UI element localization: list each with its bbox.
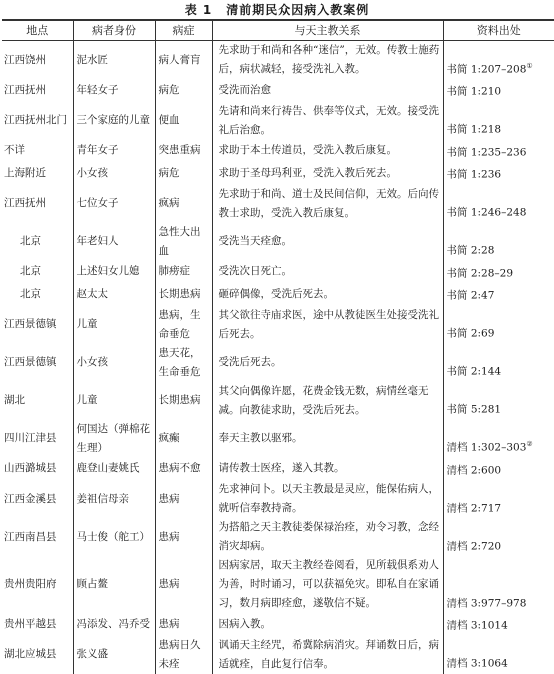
cell-illness-text: 患病不愈 [159, 462, 201, 474]
cell-source-text: 清档 3:1064 [447, 658, 508, 670]
cell-source: 书简 5:281 [443, 382, 554, 420]
cell-location-text: 不详 [4, 144, 25, 156]
cell-location: 四川江津县 [2, 420, 73, 458]
cell-location-text: 上海附近 [4, 167, 46, 179]
cell-relation-text: 因病家居，取天主教经卷阅看，见所载俱系劝人为善，时时诵习，可以获福免灾。即私自在… [219, 559, 440, 609]
cell-patient-text: 鹿登山妻姚氏 [77, 462, 140, 474]
cell-relation-text: 受洗后死去。 [219, 356, 282, 368]
cell-illness: 患病 [155, 518, 212, 556]
cell-illness: 长期患病 [155, 283, 212, 306]
cell-illness: 患病不愈 [155, 458, 212, 481]
cell-location-text: 江西抚州 [4, 197, 46, 209]
cell-location: 江西景德镇 [2, 344, 73, 382]
header-source: 资料出处 [443, 20, 554, 41]
table-row: 北京年老妇人急性大出血受洗当天痊愈。书简 2:28 [2, 223, 554, 261]
table-row: 江西饶州泥水匠病人膏肓先求助于和尚和各种“迷信”，无效。传教士施药后，病状减轻，… [2, 41, 554, 80]
cell-relation-text: 受洗而治愈 [219, 84, 272, 96]
cell-location: 江西南昌县 [2, 518, 73, 556]
cell-location: 湖北 [2, 382, 73, 420]
cell-patient: 上述妇女儿媳 [73, 261, 155, 284]
cell-relation-text: 先求助于和尚、道士及民间信仰，无效。后向传教士求助，受洗入教后康复。 [219, 188, 440, 219]
cell-patient-text: 青年女子 [77, 144, 119, 156]
cell-source: 清档 1:302–303② [443, 420, 554, 458]
cell-relation: 先求神问卜。以天主教最是灵应，能保佑病人，就听信奉教持斋。 [212, 480, 443, 518]
cell-source-text: 书简 2:144 [447, 366, 502, 378]
cell-source-text: 书简 1:246–248 [447, 207, 527, 219]
cell-source: 清档 2:600 [443, 458, 554, 481]
cell-illness-text: 疯病 [159, 197, 180, 209]
cell-relation: 先求助于和尚和各种“迷信”，无效。传教士施药后，病状减轻，接受洗礼入教。 [212, 41, 443, 80]
cell-patient: 冯添发、冯乔受 [73, 613, 155, 636]
cell-patient: 顾占鳌 [73, 556, 155, 613]
cell-relation-text: 求助于本土传道员，受洗入教后康复。 [219, 144, 398, 156]
cell-illness: 疯癫 [155, 420, 212, 458]
cell-source: 清档 2:720 [443, 518, 554, 556]
cell-relation-text: 因病入教。 [219, 618, 272, 630]
cell-source: 书简 2:69 [443, 306, 554, 344]
cell-source-text: 书简 1:210 [447, 86, 502, 98]
cell-relation: 先求助于和尚、道士及民间信仰，无效。后向传教士求助，受洗入教后康复。 [212, 185, 443, 223]
cell-relation-text: 其父欲往寺庙求医，途中从教徒医生处接受洗礼后死去。 [219, 309, 440, 340]
cell-relation: 受洗当天痊愈。 [212, 223, 443, 261]
cell-patient-text: 赵太太 [77, 288, 109, 300]
cell-source-text: 书简 2:69 [447, 328, 495, 340]
cell-source-text: 清档 3:977–978 [447, 597, 527, 609]
cell-relation: 其父欲往寺庙求医，途中从教徒医生处接受洗礼后死去。 [212, 306, 443, 344]
cell-illness-text: 病危 [159, 84, 180, 96]
cell-location: 江西抚州 [2, 185, 73, 223]
cell-illness-text: 病人膏肓 [159, 54, 201, 66]
cell-patient-text: 泥水匠 [77, 54, 109, 66]
cell-source-text: 书简 1:218 [447, 124, 502, 136]
header-relation: 与天主教关系 [212, 20, 443, 41]
cell-location: 江西抚州 [2, 79, 73, 102]
cell-relation-text: 求助于圣母玛利亚，受洗入教后死去。 [219, 167, 398, 179]
cell-patient: 儿童 [73, 306, 155, 344]
cell-illness-text: 急性大出血 [159, 226, 201, 257]
cell-relation-text: 受洗次日死亡。 [219, 265, 293, 277]
cell-source: 书简 1:235–236 [443, 140, 554, 163]
header-illness: 病症 [155, 20, 212, 41]
table-row: 江西抚州七位女子疯病先求助于和尚、道士及民间信仰，无效。后向传教士求助，受洗入教… [2, 185, 554, 223]
cell-illness: 长期患病 [155, 382, 212, 420]
cell-source-text: 清档 2:600 [447, 464, 502, 476]
cell-relation-text: 为搭船之天主教徒娄保禄治痊，劝令习教，念经消灾却病。 [219, 521, 440, 552]
cell-source-text: 书简 2:28–29 [447, 267, 514, 279]
cell-illness-text: 突患重病 [159, 144, 201, 156]
cell-location-text: 江西饶州 [4, 54, 46, 66]
cell-relation: 为搭船之天主教徒娄保禄治痊，劝令习教，念经消灾却病。 [212, 518, 443, 556]
cell-relation: 受洗后死去。 [212, 344, 443, 382]
footnote-marker: ② [526, 440, 532, 448]
cell-location-text: 北京 [20, 235, 41, 247]
table-body: 江西饶州泥水匠病人膏肓先求助于和尚和各种“迷信”，无效。传教士施药后，病状减轻，… [2, 41, 554, 674]
cell-patient-text: 马士俊（舵工） [77, 531, 151, 543]
cell-relation-text: 奉天主教以驱邪。 [219, 432, 303, 444]
cell-illness-text: 患天花，生命垂危 [159, 347, 201, 378]
cell-source: 清档 3:977–978 [443, 556, 554, 613]
cell-patient: 七位女子 [73, 185, 155, 223]
cell-illness: 病危 [155, 79, 212, 102]
cell-location-text: 湖北 [4, 394, 25, 406]
cell-location: 不详 [2, 140, 73, 163]
cell-location: 江西景德镇 [2, 306, 73, 344]
cell-illness: 患天花，生命垂危 [155, 344, 212, 382]
cell-patient-text: 儿童 [77, 394, 98, 406]
cell-relation: 受洗而治愈 [212, 79, 443, 102]
cell-illness-text: 肺痨症 [159, 265, 191, 277]
cell-location-text: 四川江津县 [4, 432, 57, 444]
cell-source: 书简 2:47 [443, 283, 554, 306]
cell-location: 江西饶州 [2, 41, 73, 80]
table-row: 湖北儿童长期患病其父向偶像许愿，花费金钱无数，病情丝毫无减。向教徒求助，受洗后死… [2, 382, 554, 420]
cell-relation-text: 请传教士医痊，遂入其教。 [219, 462, 345, 474]
cell-illness-text: 便血 [159, 114, 180, 126]
cell-illness-text: 患病 [159, 578, 180, 590]
cell-source: 书简 2:28–29 [443, 261, 554, 284]
table-row: 江西金溪县姜祖信母亲患病先求神问卜。以天主教最是灵应，能保佑病人，就听信奉教持斋… [2, 480, 554, 518]
cell-patient: 年轻女子 [73, 79, 155, 102]
table-row: 贵州平越县冯添发、冯乔受患病因病入教。清档 3:1014 [2, 613, 554, 636]
cell-patient: 赵太太 [73, 283, 155, 306]
cell-source: 清档 3:1014 [443, 613, 554, 636]
cell-patient: 鹿登山妻姚氏 [73, 458, 155, 481]
cell-illness: 病人膏肓 [155, 41, 212, 80]
cell-patient: 姜祖信母亲 [73, 480, 155, 518]
cell-patient: 年老妇人 [73, 223, 155, 261]
cell-source: 书简 1:210 [443, 79, 554, 102]
cell-location-text: 江西景德镇 [4, 356, 57, 368]
cases-table: 地点 病者身份 病症 与天主教关系 资料出处 江西饶州泥水匠病人膏肓先求助于和尚… [2, 19, 554, 674]
cell-patient: 张义盛 [73, 636, 155, 674]
cell-location-text: 山西潞城县 [4, 462, 57, 474]
cell-relation: 求助于圣母玛利亚，受洗入教后死去。 [212, 162, 443, 185]
table-caption: 表 1清前期民众因病入教案例 [0, 1, 554, 18]
cell-illness: 疯病 [155, 185, 212, 223]
cell-relation-text: 讽诵天主经咒，希冀除病消灾。拜诵数日后，病适就痊，自此复行信奉。 [219, 639, 440, 670]
cell-source: 书简 2:144 [443, 344, 554, 382]
cell-patient-text: 冯添发、冯乔受 [77, 618, 151, 630]
cell-source: 清档 2:717 [443, 480, 554, 518]
cell-illness-text: 患病 [159, 493, 180, 505]
cell-patient: 三个家庭的儿童 [73, 102, 155, 140]
cell-location-text: 江西南昌县 [4, 531, 57, 543]
table-title: 清前期民众因病入教案例 [226, 3, 369, 17]
table-row: 不详青年女子突患重病求助于本土传道员，受洗入教后康复。书简 1:235–236 [2, 140, 554, 163]
cell-location: 贵州平越县 [2, 613, 73, 636]
cell-illness: 便血 [155, 102, 212, 140]
cell-illness: 患病，生命垂危 [155, 306, 212, 344]
cell-location: 江西金溪县 [2, 480, 73, 518]
cell-source-text: 书简 1:207–208 [447, 63, 527, 75]
cell-patient: 青年女子 [73, 140, 155, 163]
cell-relation: 受洗次日死亡。 [212, 261, 443, 284]
table-row: 江西景德镇小女孩患天花，生命垂危受洗后死去。书简 2:144 [2, 344, 554, 382]
cell-patient: 何国达（弹棉花生理） [73, 420, 155, 458]
table-row: 上海附近小女孩病危求助于圣母玛利亚，受洗入教后死去。书简 1:236 [2, 162, 554, 185]
cell-location: 贵州贵阳府 [2, 556, 73, 613]
table-row: 湖北应城县张义盛患病日久未痊讽诵天主经咒，希冀除病消灾。拜诵数日后，病适就痊，自… [2, 636, 554, 674]
cell-location: 北京 [2, 261, 73, 284]
cell-illness-text: 长期患病 [159, 288, 201, 300]
cell-patient: 小女孩 [73, 344, 155, 382]
cell-relation: 求助于本土传道员，受洗入教后康复。 [212, 140, 443, 163]
cell-source-text: 清档 2:720 [447, 540, 502, 552]
cell-relation: 其父向偶像许愿，花费金钱无数，病情丝毫无减。向教徒求助，受洗后死去。 [212, 382, 443, 420]
cell-relation-text: 先请和尚来行祷告、供奉等仪式，无效。接受洗礼后治愈。 [219, 105, 440, 136]
cell-location: 江西抚州北门 [2, 102, 73, 140]
cell-source-text: 清档 2:717 [447, 502, 502, 514]
cell-patient: 儿童 [73, 382, 155, 420]
table-row: 江西南昌县马士俊（舵工）患病为搭船之天主教徒娄保禄治痊，劝令习教，念经消灾却病。… [2, 518, 554, 556]
cell-relation: 因病入教。 [212, 613, 443, 636]
cell-location-text: 北京 [20, 288, 41, 300]
cell-illness: 患病 [155, 613, 212, 636]
cell-patient-text: 三个家庭的儿童 [77, 114, 151, 126]
cell-illness-text: 长期患病 [159, 394, 201, 406]
cell-relation-text: 砸碎偶像，受洗后死去。 [219, 288, 335, 300]
cell-illness: 突患重病 [155, 140, 212, 163]
cell-location-text: 江西金溪县 [4, 493, 57, 505]
table-row: 江西抚州年轻女子病危受洗而治愈书简 1:210 [2, 79, 554, 102]
cell-patient-text: 何国达（弹棉花生理） [77, 423, 151, 454]
cell-illness: 患病 [155, 556, 212, 613]
cell-illness: 急性大出血 [155, 223, 212, 261]
cell-source: 书简 1:246–248 [443, 185, 554, 223]
header-patient: 病者身份 [73, 20, 155, 41]
cell-location: 上海附近 [2, 162, 73, 185]
table-row: 四川江津县何国达（弹棉花生理）疯癫奉天主教以驱邪。清档 1:302–303② [2, 420, 554, 458]
cell-patient-text: 七位女子 [77, 197, 119, 209]
cell-relation: 先请和尚来行祷告、供奉等仪式，无效。接受洗礼后治愈。 [212, 102, 443, 140]
cell-source-text: 清档 3:1014 [447, 620, 508, 632]
cell-patient-text: 张义盛 [77, 648, 109, 660]
cell-patient-text: 年老妇人 [77, 235, 119, 247]
cell-relation-text: 先求神问卜。以天主教最是灵应，能保佑病人，就听信奉教持斋。 [219, 483, 440, 514]
cell-location: 北京 [2, 283, 73, 306]
cell-illness-text: 患病 [159, 531, 180, 543]
cell-patient: 小女孩 [73, 162, 155, 185]
table-row: 贵州贵阳府顾占鳌患病因病家居，取天主教经卷阅看，见所载俱系劝人为善，时时诵习，可… [2, 556, 554, 613]
cell-patient-text: 姜祖信母亲 [77, 493, 130, 505]
cell-source: 书简 2:28 [443, 223, 554, 261]
cell-source: 书简 1:207–208① [443, 41, 554, 80]
cell-patient: 马士俊（舵工） [73, 518, 155, 556]
cell-illness-text: 患病，生命垂危 [159, 309, 201, 340]
cell-location-text: 贵州贵阳府 [4, 578, 57, 590]
cell-illness: 患病 [155, 480, 212, 518]
cell-location: 山西潞城县 [2, 458, 73, 481]
cell-relation-text: 先求助于和尚和各种“迷信”，无效。传教士施药后，病状减轻，接受洗礼入教。 [219, 44, 440, 75]
table-row: 北京上述妇女儿媳肺痨症受洗次日死亡。书简 2:28–29 [2, 261, 554, 284]
cell-illness: 患病日久未痊 [155, 636, 212, 674]
cell-patient-text: 年轻女子 [77, 84, 119, 96]
cell-illness-text: 病危 [159, 167, 180, 179]
cell-illness-text: 患病 [159, 618, 180, 630]
cell-relation: 砸碎偶像，受洗后死去。 [212, 283, 443, 306]
cell-source-text: 书简 1:235–236 [447, 146, 527, 158]
cell-relation: 请传教士医痊，遂入其教。 [212, 458, 443, 481]
cell-relation: 奉天主教以驱邪。 [212, 420, 443, 458]
cell-patient-text: 小女孩 [77, 356, 109, 368]
cell-relation: 讽诵天主经咒，希冀除病消灾。拜诵数日后，病适就痊，自此复行信奉。 [212, 636, 443, 674]
table-row: 北京赵太太长期患病砸碎偶像，受洗后死去。书简 2:47 [2, 283, 554, 306]
footnote-marker: ① [526, 62, 532, 70]
cell-location-text: 江西景德镇 [4, 318, 57, 330]
cell-location-text: 湖北应城县 [4, 648, 57, 660]
cell-source: 书简 1:218 [443, 102, 554, 140]
cell-source-text: 书简 1:236 [447, 169, 502, 181]
cell-location-text: 江西抚州 [4, 84, 46, 96]
cell-patient-text: 儿童 [77, 318, 98, 330]
cell-illness-text: 疯癫 [159, 432, 180, 444]
cell-illness-text: 患病日久未痊 [159, 639, 201, 670]
cell-patient: 泥水匠 [73, 41, 155, 80]
cell-source: 清档 3:1064 [443, 636, 554, 674]
cell-location: 湖北应城县 [2, 636, 73, 674]
header-location: 地点 [2, 20, 73, 41]
cell-patient-text: 顾占鳌 [77, 578, 109, 590]
cell-relation-text: 其父向偶像许愿，花费金钱无数，病情丝毫无减。向教徒求助，受洗后死去。 [219, 385, 429, 416]
cell-source-text: 书简 2:28 [447, 245, 495, 257]
cell-illness: 肺痨症 [155, 261, 212, 284]
cell-source-text: 书简 2:47 [447, 290, 495, 302]
table-header-row: 地点 病者身份 病症 与天主教关系 资料出处 [2, 20, 554, 41]
table-number: 表 1 [185, 3, 213, 17]
cell-location-text: 北京 [20, 265, 41, 277]
cell-illness: 病危 [155, 162, 212, 185]
cell-patient-text: 上述妇女儿媳 [77, 265, 140, 277]
cell-source: 书简 1:236 [443, 162, 554, 185]
cell-source-text: 清档 1:302–303 [447, 442, 527, 454]
cell-location-text: 贵州平越县 [4, 618, 57, 630]
cell-relation: 因病家居，取天主教经卷阅看，见所载俱系劝人为善，时时诵习，可以获福免灾。即私自在… [212, 556, 443, 613]
cell-location: 北京 [2, 223, 73, 261]
table-row: 江西抚州北门三个家庭的儿童便血先请和尚来行祷告、供奉等仪式，无效。接受洗礼后治愈… [2, 102, 554, 140]
cell-relation-text: 受洗当天痊愈。 [219, 235, 293, 247]
cell-location-text: 江西抚州北门 [4, 114, 67, 126]
table-row: 江西景德镇儿童患病，生命垂危其父欲往寺庙求医，途中从教徒医生处接受洗礼后死去。书… [2, 306, 554, 344]
table-row: 山西潞城县鹿登山妻姚氏患病不愈请传教士医痊，遂入其教。清档 2:600 [2, 458, 554, 481]
cell-source-text: 书简 5:281 [447, 404, 502, 416]
cell-patient-text: 小女孩 [77, 167, 109, 179]
